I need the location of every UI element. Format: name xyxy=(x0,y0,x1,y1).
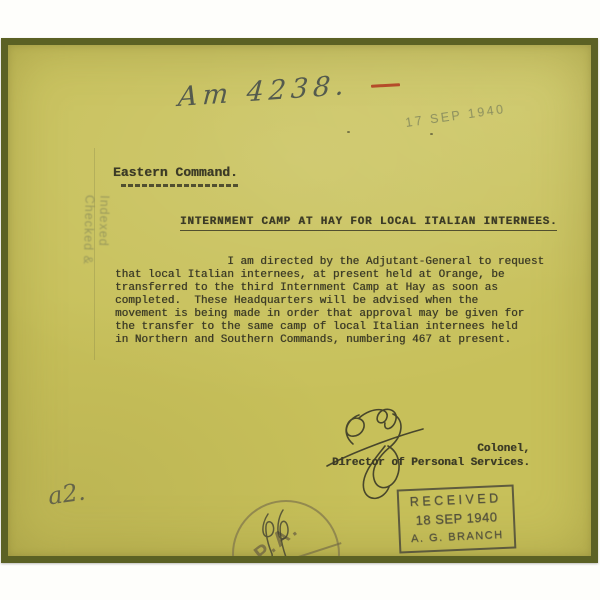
received-stamp: RECEIVED 18 SEP 1940 A. G. BRANCH xyxy=(397,484,517,553)
side-stamp-line: Indexed xyxy=(93,195,111,313)
body-line: transferred to the third Internment Camp… xyxy=(115,282,544,295)
body-line: that local Italian internees, at present… xyxy=(115,269,544,282)
paper-crease xyxy=(94,148,95,360)
scanned-document-view: Am 4238. 17 SEP 1940 Eastern Command. Ch… xyxy=(0,0,600,600)
letter-paper: Am 4238. 17 SEP 1940 Eastern Command. Ch… xyxy=(8,45,591,556)
signature-role: Director of Personal Services. xyxy=(296,456,530,470)
received-stamp-branch: A. G. BRANCH xyxy=(401,529,514,546)
received-stamp-word: RECEIVED xyxy=(399,491,513,510)
checked-indexed-stamp: Checked & Indexed xyxy=(78,195,111,314)
handwritten-reference: Am 4238. xyxy=(177,70,350,113)
sender-line: Eastern Command. xyxy=(113,165,238,180)
signature-rank: Colonel, xyxy=(296,442,530,456)
date-stamp-17-sep: 17 SEP 1940 xyxy=(405,102,507,130)
red-dash-mark xyxy=(371,83,400,87)
letter-body: I am directed by the Adjutant-General to… xyxy=(115,256,544,347)
letter-title: INTERNMENT CAMP AT HAY FOR LOCAL ITALIAN… xyxy=(180,216,557,231)
ink-initials-on-stamp xyxy=(256,508,301,556)
handwritten-initials: a2. xyxy=(46,478,87,511)
ink-speck xyxy=(347,131,350,133)
photo-frame: Am 4238. 17 SEP 1940 Eastern Command. Ch… xyxy=(1,38,598,563)
body-line: the transfer to the same camp of local I… xyxy=(115,321,544,334)
body-line: completed. These Headquarters will be ad… xyxy=(115,295,544,308)
received-stamp-date: 18 SEP 1940 xyxy=(400,509,514,529)
signature-block: Colonel, Director of Personal Services. xyxy=(296,442,530,470)
sender-underline xyxy=(121,184,238,187)
ink-speck xyxy=(430,133,433,135)
body-line: movement is being made in order that app… xyxy=(115,308,544,321)
body-line: in Northern and Southern Commands, numbe… xyxy=(115,334,544,347)
body-line: I am directed by the Adjutant-General to… xyxy=(115,256,544,269)
